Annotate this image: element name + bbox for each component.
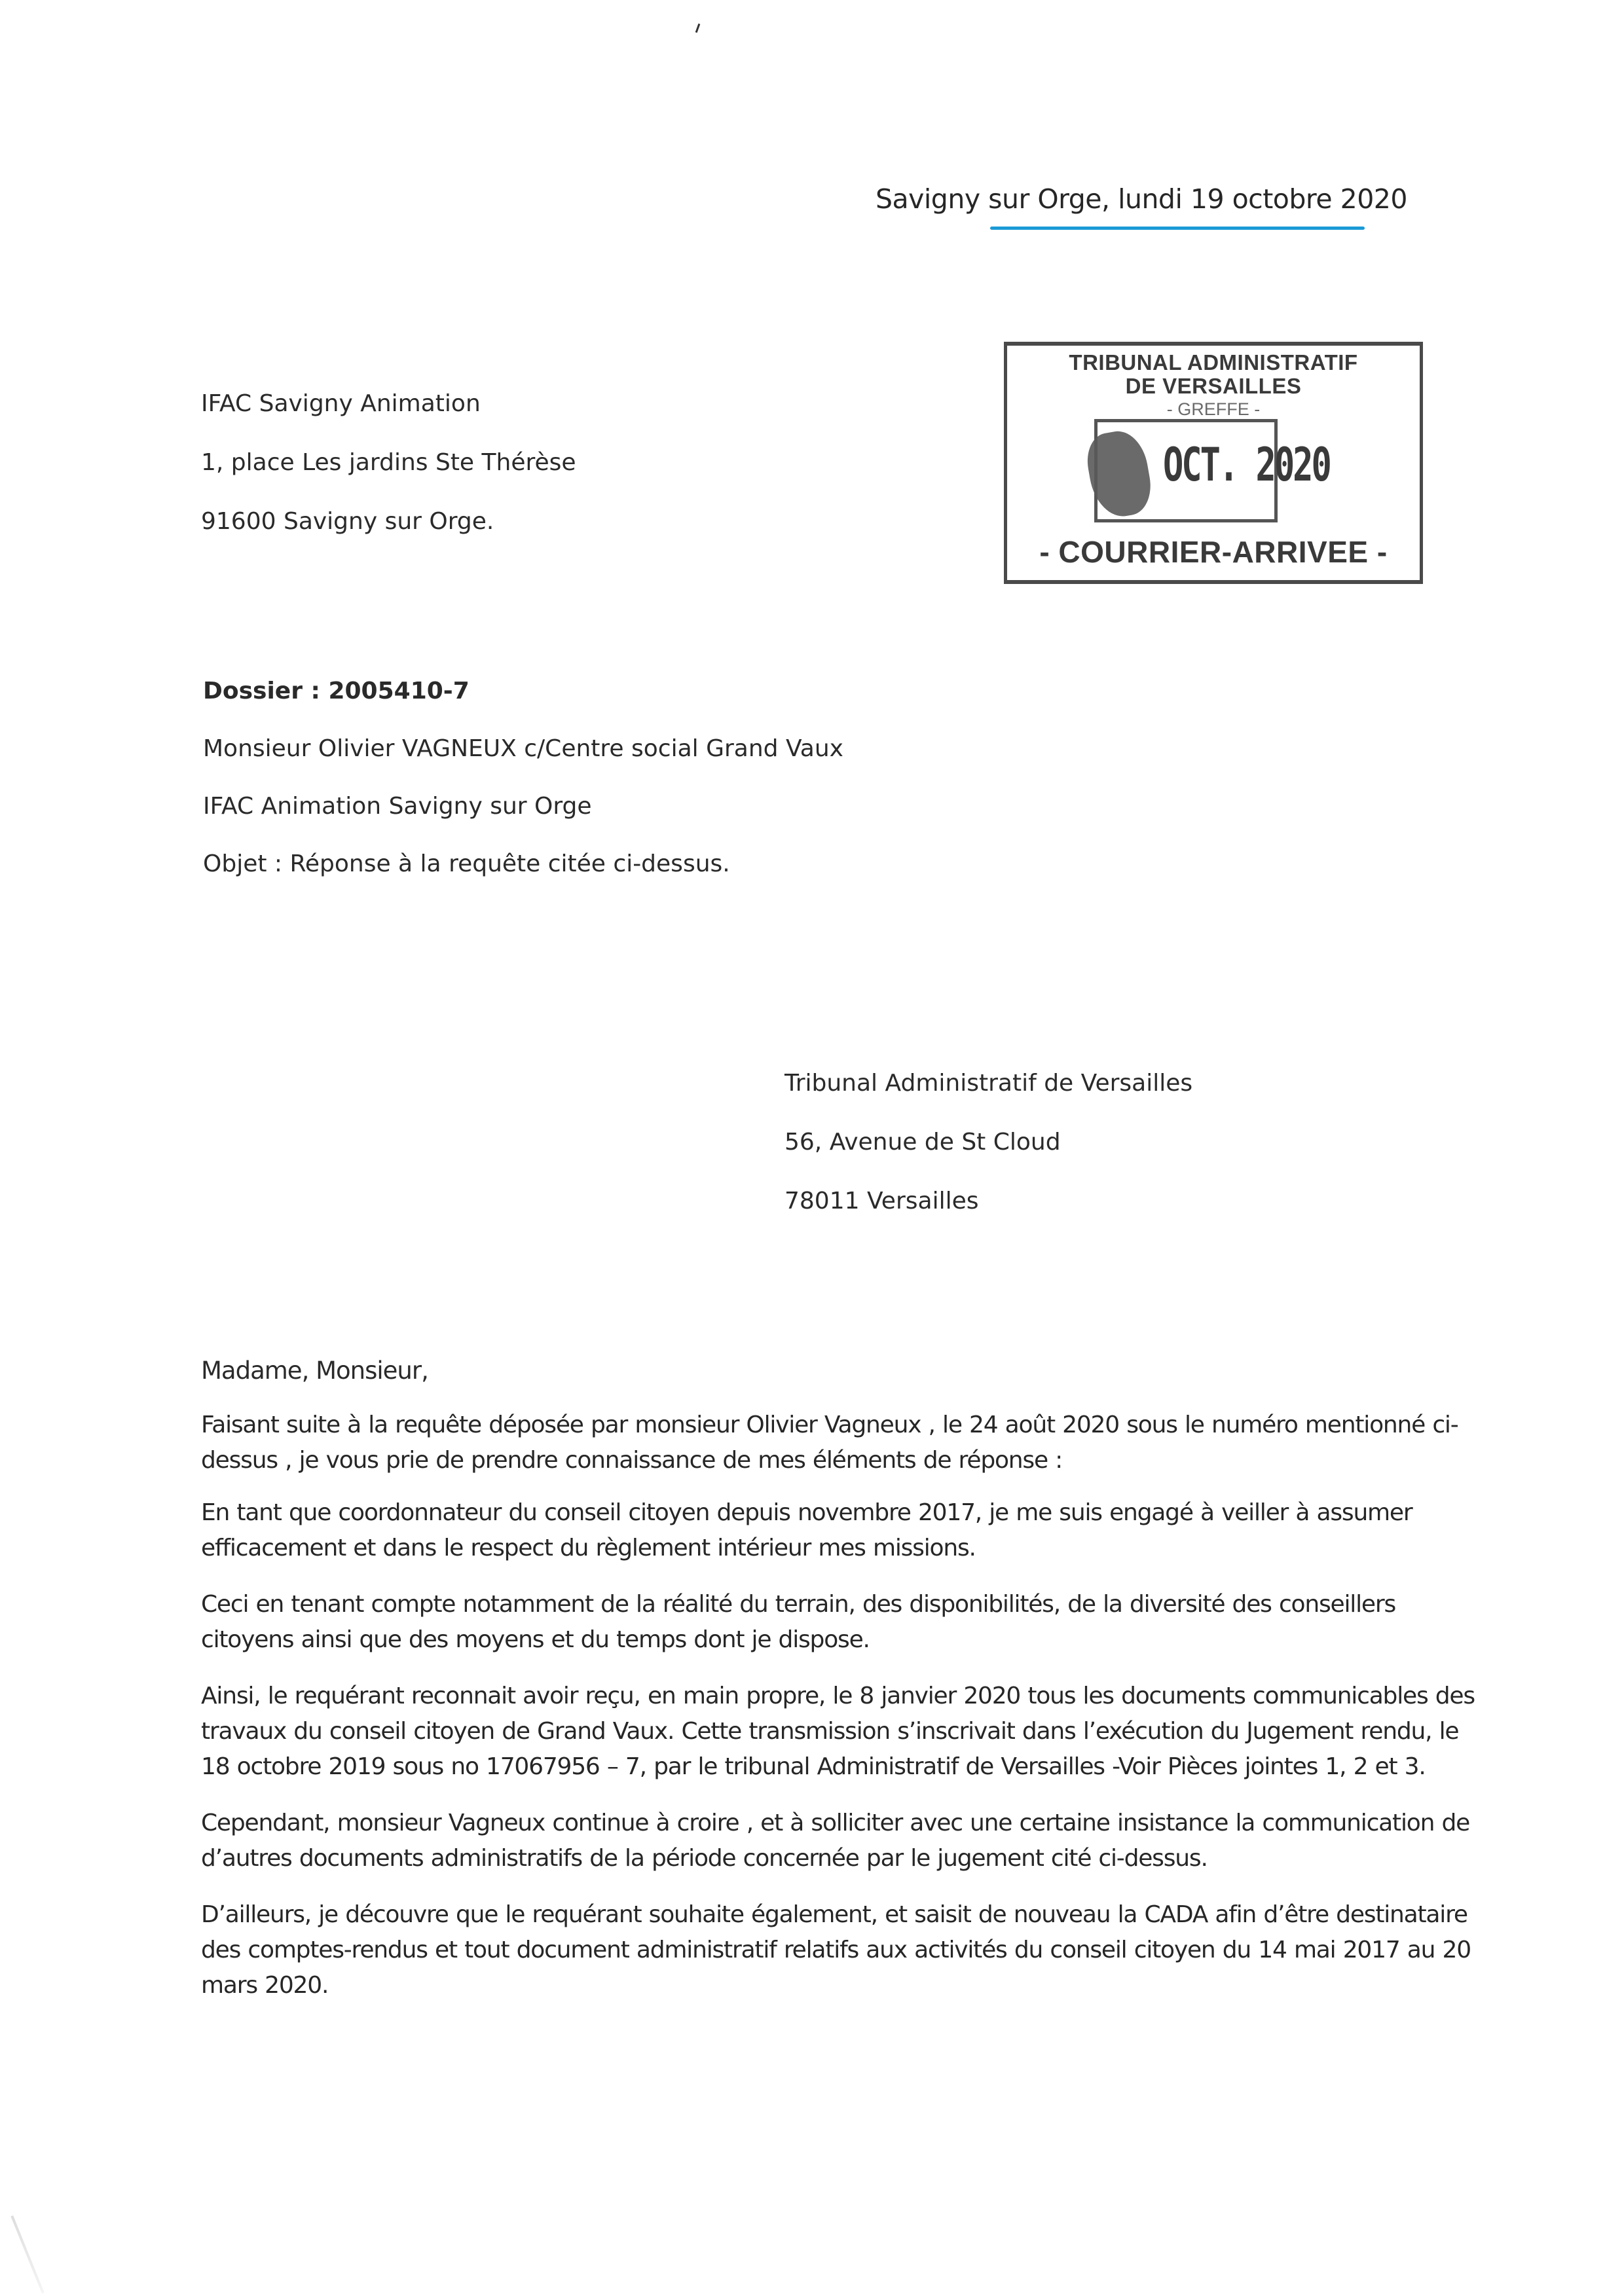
place-and-date: Savigny sur Orge, lundi 19 octobre 2020 [876, 183, 1407, 215]
stamp-title-line-1: TRIBUNAL ADMINISTRATIF [1007, 351, 1420, 374]
paragraph: En tant que coordonnateur du conseil cit… [201, 1495, 1485, 1566]
paragraph: Faisant suite à la requête déposée par m… [201, 1408, 1485, 1478]
stamp-date-box: 26 OCT. 2020 [1094, 419, 1278, 522]
stamp-title-line-2: DE VERSAILLES [1007, 374, 1420, 398]
stamp-court-name: TRIBUNAL ADMINISTRATIF DE VERSAILLES [1007, 351, 1420, 398]
paragraph: Ceci en tenant compte notamment de la ré… [201, 1587, 1485, 1658]
sender-line-organisation: IFAC Savigny Animation [201, 374, 576, 433]
letter-subject: Objet : Réponse à la requête citée ci-de… [203, 835, 843, 893]
paragraph: Cependant, monsieur Vagneux continue à c… [201, 1806, 1485, 1876]
sender-line-street: 1, place Les jardins Ste Thérèse [201, 433, 576, 492]
reference-block: Dossier : 2005410-7 Monsieur Olivier VAG… [203, 663, 843, 893]
paragraph: Ainsi, le requérant reconnait avoir reçu… [201, 1679, 1485, 1785]
recipient-line-street: 56, Avenue de St Cloud [784, 1113, 1192, 1172]
recipient-line-city: 78011 Versailles [784, 1172, 1192, 1231]
salutation: Madame, Monsieur, [201, 1357, 428, 1385]
stamp-handwritten-day: 26 [1082, 427, 1155, 521]
case-parties: Monsieur Olivier VAGNEUX c/Centre social… [203, 720, 843, 778]
case-organisation: IFAC Animation Savigny sur Orge [203, 778, 843, 835]
stamp-courrier-arrivee: - COURRIER-ARRIVEE - [1007, 536, 1420, 568]
paragraph: D’ailleurs, je découvre que le requérant… [201, 1897, 1485, 2003]
letter-body: Faisant suite à la requête déposée par m… [201, 1408, 1485, 2024]
court-received-stamp: TRIBUNAL ADMINISTRATIF DE VERSAILLES - G… [1004, 342, 1423, 584]
letter-page: Savigny sur Orge, lundi 19 octobre 2020 … [0, 0, 1624, 2296]
stamp-month-year: OCT. 2020 [1163, 439, 1330, 492]
sender-address: IFAC Savigny Animation 1, place Les jard… [201, 374, 576, 551]
stamp-greffe: - GREFFE - [1007, 399, 1420, 419]
scan-edge-mark [10, 2215, 44, 2293]
scan-speck [695, 24, 701, 33]
date-underline [990, 227, 1365, 230]
dossier-number: Dossier : 2005410-7 [203, 663, 843, 720]
sender-line-city: 91600 Savigny sur Orge. [201, 492, 576, 551]
recipient-address: Tribunal Administratif de Versailles 56,… [784, 1054, 1192, 1231]
faded-stamp-watermark [471, 39, 969, 196]
recipient-line-name: Tribunal Administratif de Versailles [784, 1054, 1192, 1113]
